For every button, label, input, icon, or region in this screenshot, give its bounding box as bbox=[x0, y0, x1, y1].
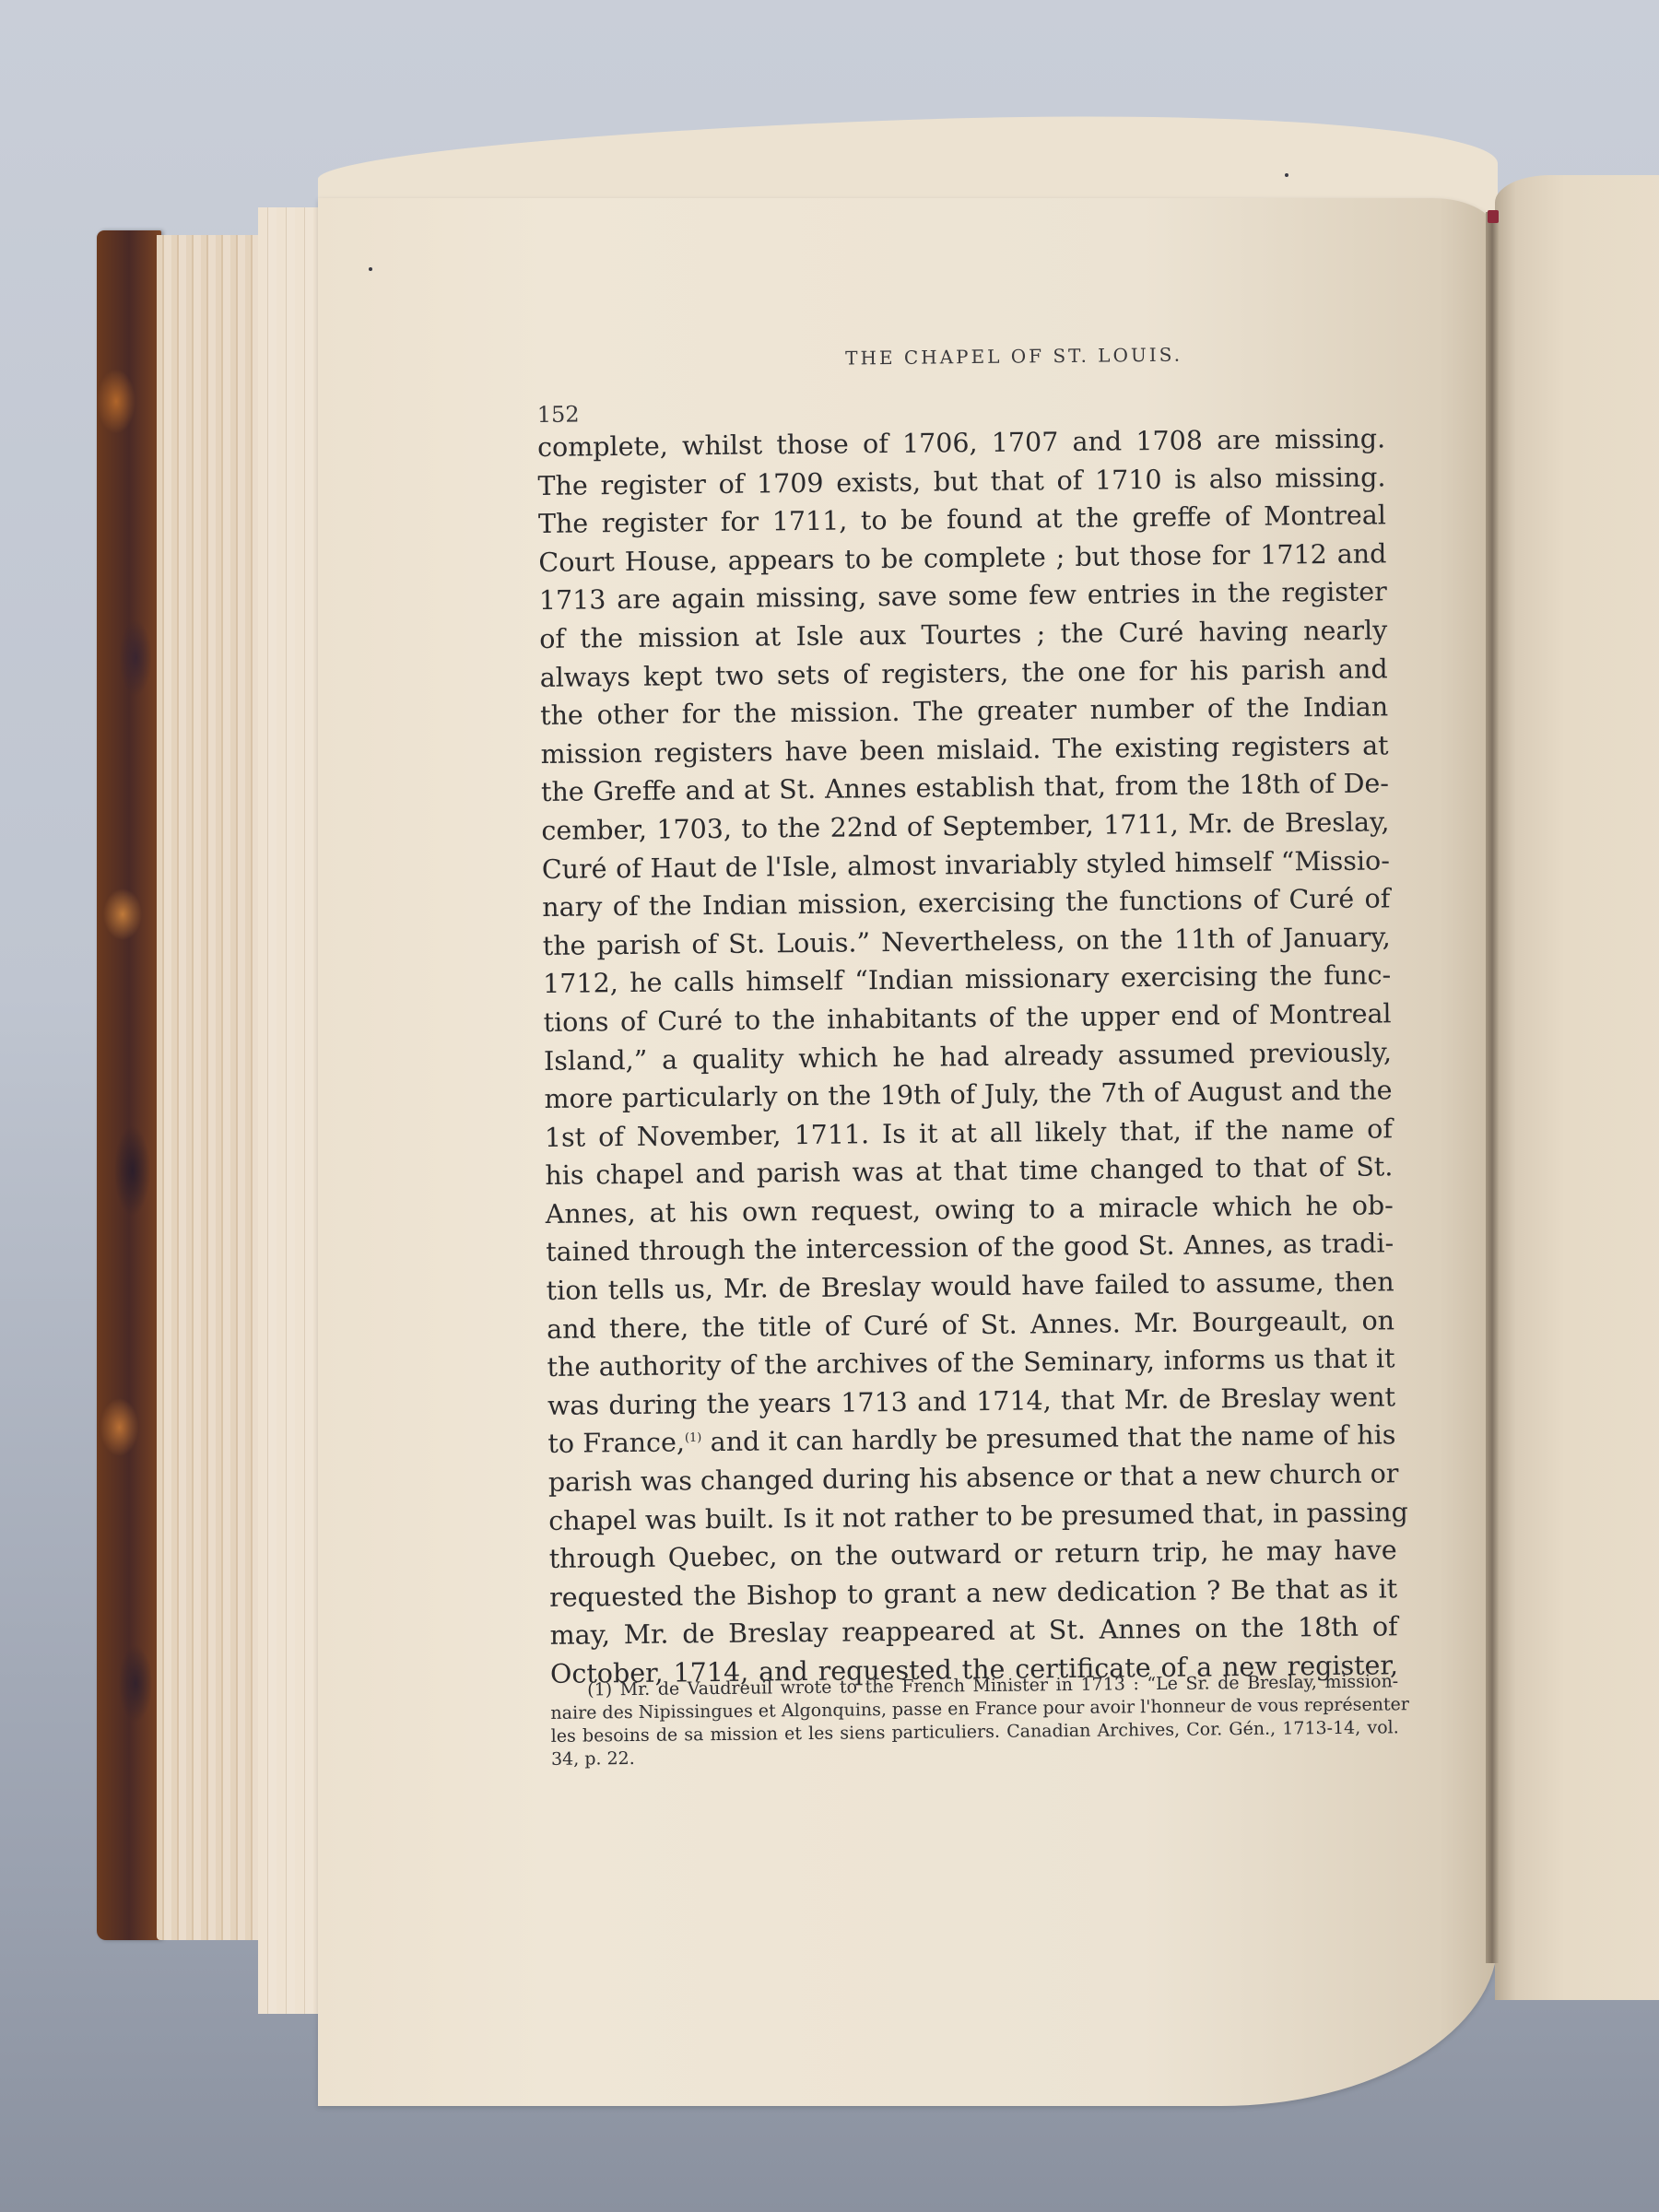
right-page bbox=[1495, 175, 1659, 2000]
text-fragment: and it can hardly be presumed that the n… bbox=[701, 1420, 1395, 1458]
marbled-leather-cover bbox=[97, 230, 161, 1940]
paper-speck bbox=[1285, 173, 1288, 177]
paper-speck bbox=[369, 267, 372, 271]
footnote: (1) Mr. de Vaudreuil wrote to the French… bbox=[550, 1670, 1399, 1771]
page-edges-stack bbox=[157, 235, 267, 1940]
page-number: 152 bbox=[537, 402, 580, 428]
book-photo: THE CHAPEL OF ST. LOUIS. 152 complete, w… bbox=[0, 0, 1659, 2212]
text-fragment: to France, bbox=[547, 1428, 685, 1460]
body-text: complete, whilst those of 1706, 1707 and… bbox=[537, 419, 1398, 1693]
headband bbox=[1488, 210, 1499, 223]
footnote-reference[interactable]: (1) bbox=[685, 1431, 702, 1445]
page-edges-inner bbox=[258, 207, 323, 2014]
book-gutter bbox=[1486, 212, 1499, 1963]
